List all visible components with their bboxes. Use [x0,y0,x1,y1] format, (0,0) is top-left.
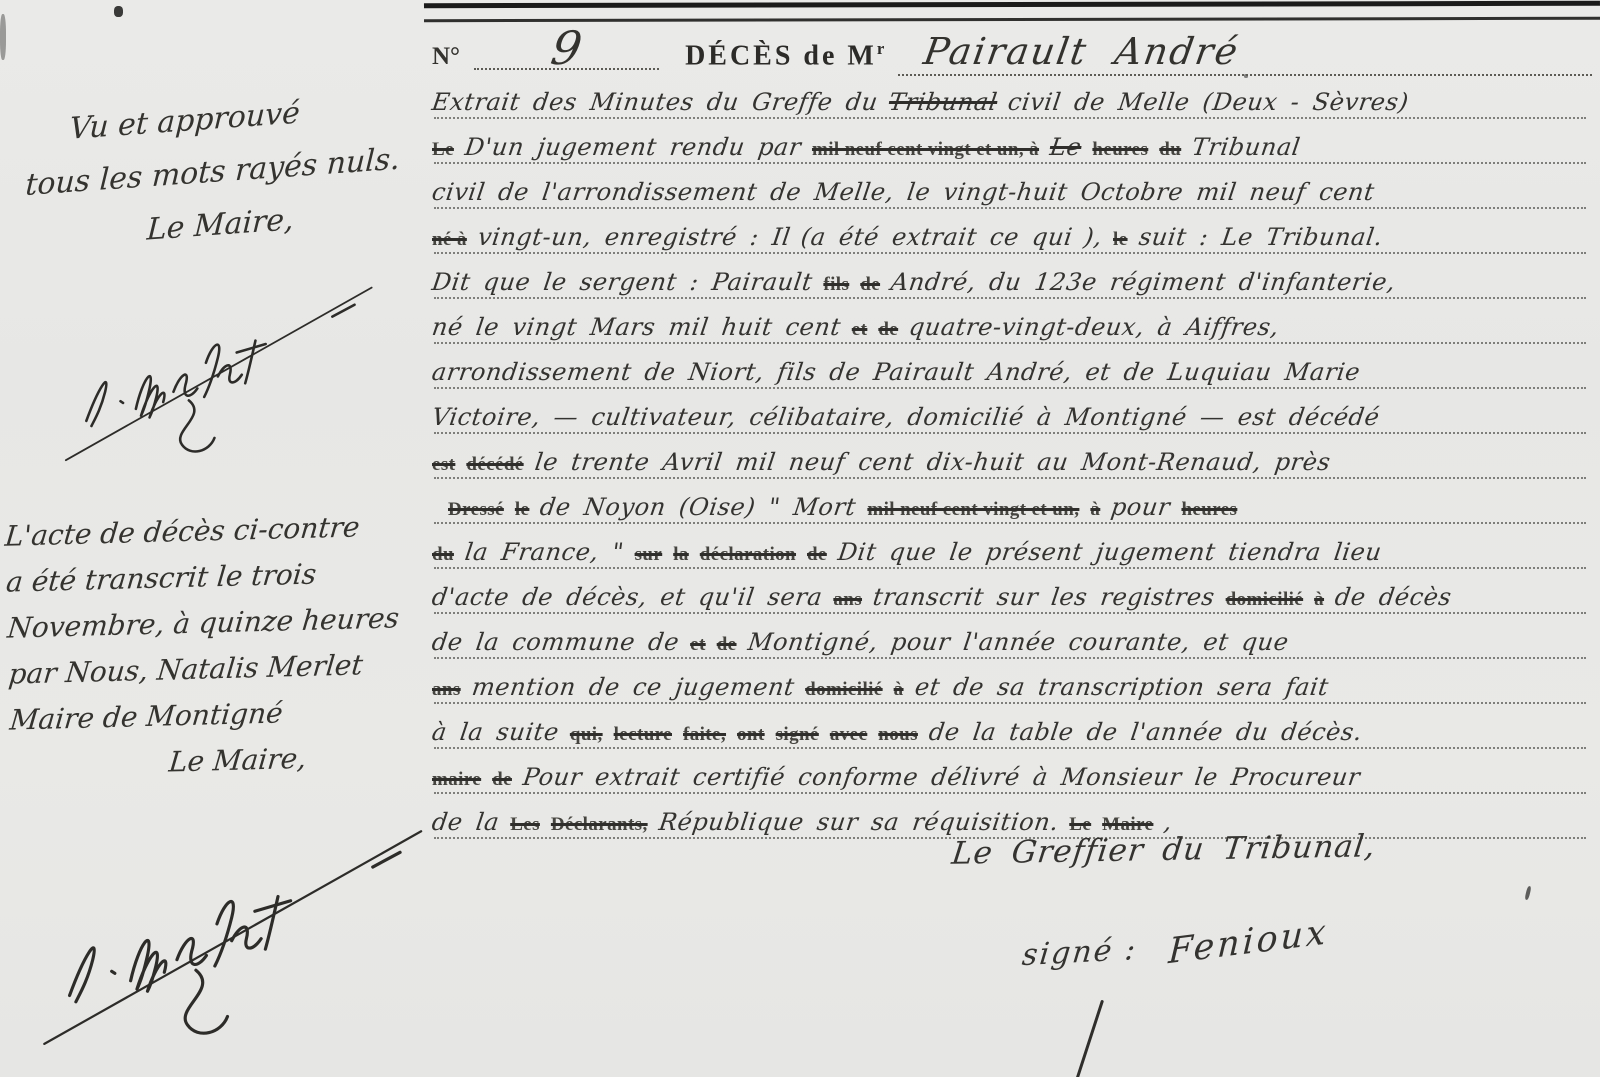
handwritten-text: civil de Melle (Deux - Sèvres) [1005,80,1412,125]
handwritten-text: le trente Avril mil neuf cent dix-huit a… [531,440,1333,485]
handwritten-text: Victoire, — cultivateur, célibataire, do… [429,395,1383,440]
printed-form-word: mil neuf cent vingt et un, [867,487,1079,532]
printed-form-word: domicilié [805,667,882,712]
handwritten-text: né le vingt Mars mil huit cent [429,305,844,350]
printed-form-word: signé [776,712,819,757]
handwritten-text: de Noyon (Oise) " Mort [537,485,859,530]
margin-approval-note: Vu et approuvé tous les mots rayés nuls.… [20,78,428,264]
printed-form-word: et [690,622,706,667]
printed-form-word: heures [1092,127,1148,172]
printed-form-word: à [1090,487,1100,532]
greffier-signature: Fenioux [1168,912,1330,972]
printed-form-word: Déclarants, [551,802,648,847]
deceased-name-blank: Pairault André [898,30,1592,76]
body-line: arrondissement de Niort, fils de Pairaul… [432,350,1592,395]
margin-transcription-note: L'acte de décès ci-contre a été transcri… [4,502,441,789]
handwritten-text: d'acte de décès, et qu'il sera [429,575,826,620]
act-number-blank: 9 [474,28,659,70]
printed-form-word: nous [878,712,918,757]
handwritten-text: Le [1047,125,1085,170]
printed-form-word: de [717,622,737,667]
handwritten-text: Montigné, pour l'année courante, et que [744,620,1291,665]
handwritten-text: D'un jugement rendu par [462,125,804,170]
handwritten-text: et de sa transcription sera fait [911,665,1331,710]
printed-form-word: et [852,307,868,352]
handwritten-text: de la table de l'année du décès. [926,710,1365,755]
signature-flourish-stroke [1075,1000,1104,1077]
printed-form-word: avec [830,712,867,757]
handwritten-text: de la commune de [429,620,682,665]
signed-label: signé : [1020,932,1138,973]
body-line: Dit que le sergent : PairaultfilsdeAndré… [432,260,1592,305]
printed-form-word: mil neuf cent vingt et un, à [812,127,1039,172]
printed-form-word: à [894,667,904,712]
body-line: civil de l'arrondissement de Melle, le v… [432,170,1592,215]
body-line: à la suitequi,lecturefaite,ontsignéavecn… [432,710,1592,755]
handwritten-text: mention de ce jugement [469,665,798,710]
deces-title: DÉCÈS de Mr [685,39,884,72]
deceased-name: Pairault André [898,30,1242,74]
act-number-label: N° [432,43,460,71]
body-line: Dressélede Noyon (Oise) " Mortmil neuf c… [432,485,1592,530]
act-number-value: 9 [548,28,584,68]
handwritten-text: (a été extrait ce qui [798,215,1076,260]
handwritten-text: Pour extrait certifié conforme délivré à… [520,755,1363,800]
handwritten-text: de décès [1332,575,1455,620]
death-certificate-scan: N° 9 DÉCÈS de Mr Pairault André Extrait … [0,0,1600,1077]
printed-form-word: de [807,532,827,577]
handwritten-text: Dit que le présent jugement tiendra lieu [835,530,1385,575]
printed-form-word: Le [432,127,454,172]
handwritten-text: André, du 123e régiment d'infanterie, [888,260,1399,305]
body-line: LeD'un jugement rendu parmil neuf cent v… [432,125,1592,170]
deces-title-text: DÉCÈS de M [685,40,877,71]
handwritten-text: arrondissement de Niort, fils de Pairaul… [429,350,1363,395]
printed-form-word: déclaration [700,532,796,577]
body-lines: Extrait des Minutes du Greffe duTribunal… [432,80,1592,845]
printed-form-word: la [673,532,689,577]
body-line: né le vingt Mars mil huit centetdequatre… [432,305,1592,350]
handwritten-text: ), [1081,215,1106,260]
printed-form-word: Les [510,802,540,847]
scan-speck [1524,886,1531,901]
handwritten-text: suit : Le Tribunal. [1135,215,1385,260]
body-line: dula France, "surladéclarationdeDit que … [432,530,1592,575]
printed-form-word: à [1314,577,1324,622]
scan-speck [0,14,6,60]
printed-form-word: de [492,757,512,802]
printed-form-word: de [878,307,898,352]
handwritten-text: pour [1108,485,1173,530]
printed-form-word: domicilié [1226,577,1303,622]
printed-form-word: ont [737,712,765,757]
handwritten-text: de la [429,800,503,845]
printed-form-word: sur [635,532,663,577]
form-header: N° 9 DÉCÈS de Mr Pairault André [432,28,1592,76]
handwritten-text: Extrait des Minutes du Greffe du [429,80,881,125]
deces-title-superscript: r [877,39,884,58]
body-line: estdécédéle trente Avril mil neuf cent d… [432,440,1592,485]
printed-form-word: Dressé [448,487,504,532]
printed-form-word: heures [1181,487,1237,532]
handwritten-text: vingt-un, enregistré : Il [475,215,794,260]
scan-top-border [424,1,1600,22]
printed-form-word: fils [823,262,849,307]
printed-form-word: le [1113,217,1128,262]
handwritten-text: Tribunal [1189,125,1304,170]
scan-speck [114,6,123,17]
handwritten-text: transcrit sur les registres [870,575,1218,620]
signed-line: signé : Fenioux [1021,918,1330,974]
printed-form-word: né à [432,217,467,262]
body-line: Victoire, — cultivateur, célibataire, do… [432,395,1592,440]
body-line: Extrait des Minutes du Greffe duTribunal… [432,80,1592,125]
body-line: né àvingt-un, enregistré : Il(a été extr… [432,215,1592,260]
mayor-signature [58,262,388,467]
printed-form-word: ans [833,577,862,622]
printed-form-word: faite, [683,712,726,757]
handwritten-text: Tribunal [886,80,1001,125]
body-line: ansmention de ce jugementdomiciliéàet de… [432,665,1592,710]
handwritten-text: Dit que le sergent : Pairault [429,260,816,305]
printed-form-word: est [432,442,455,487]
handwritten-text: à la suite [429,710,562,755]
handwritten-text: quatre-vingt-deux, à Aiffres, [906,305,1282,350]
handwritten-text: la France, " [462,530,627,575]
handwritten-text: civil de l'arrondissement de Melle, le v… [429,170,1378,215]
printed-form-word: qui, [570,712,603,757]
printed-form-word: de [860,262,880,307]
mayor-signature [38,792,438,1060]
greffier-title-line: Le Greffier du Tribunal, [950,828,1378,871]
printed-form-word: du [1159,127,1181,172]
body-line: de la commune deetdeMontigné, pour l'ann… [432,620,1592,665]
printed-form-word: lecture [614,712,672,757]
printed-form-word: le [515,487,530,532]
body-line: mairedePour extrait certifié conforme dé… [432,755,1592,800]
body-line: d'acte de décès, et qu'il seraanstranscr… [432,575,1592,620]
printed-form-word: décédé [466,442,523,487]
